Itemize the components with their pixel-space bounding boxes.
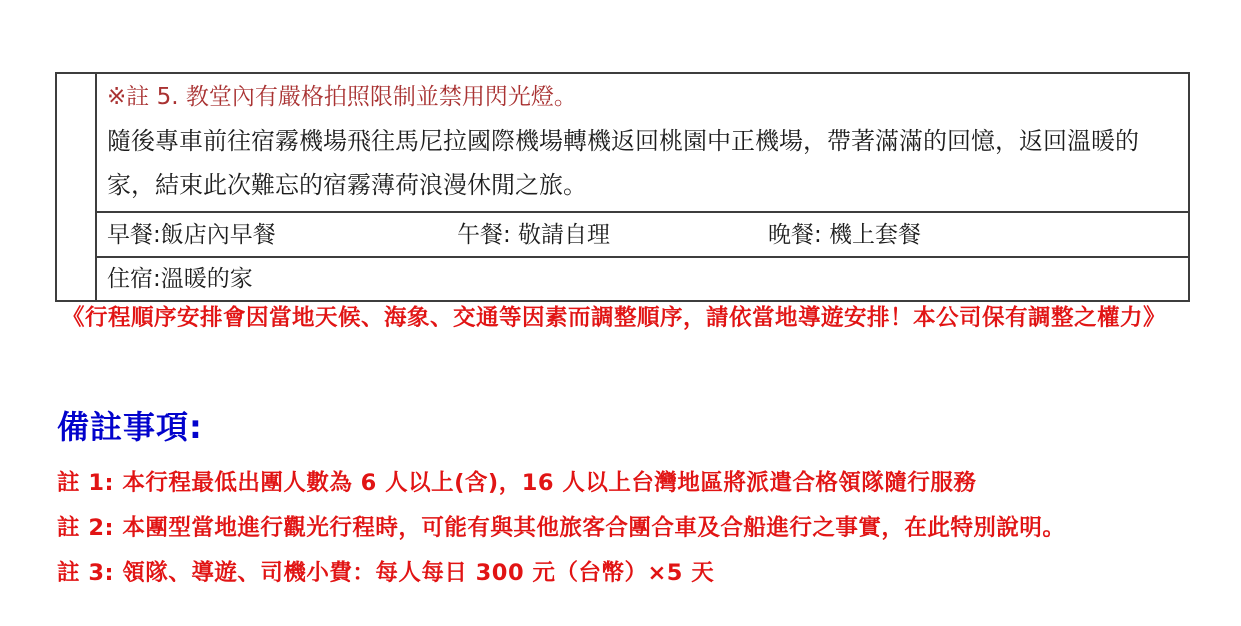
remark-item-1: 註 1: 本行程最低出團人數為 6 人以上(含)，16 人以上台灣地區將派遣合格… — [57, 461, 1207, 506]
accommodation-label: 住宿:溫暖的家 — [107, 266, 253, 292]
day-itinerary-description: 隨後專車前往宿霧機場飛往馬尼拉國際機場轉機返回桃園中正機場，帶著滿滿的回憶，返回… — [107, 119, 1152, 207]
day-description-cell: ※註 5. 教堂內有嚴格拍照限制並禁用閃光燈。 隨後專車前往宿霧機場飛往馬尼拉國… — [96, 73, 1189, 212]
meals-row: 早餐:飯店內早餐午餐: 敬請自理晚餐: 機上套餐 — [96, 212, 1189, 257]
itinerary-day-table: ※註 5. 教堂內有嚴格拍照限制並禁用閃光燈。 隨後專車前往宿霧機場飛往馬尼拉國… — [55, 72, 1190, 302]
remark-item-2: 註 2: 本團型當地進行觀光行程時，可能有與其他旅客合團合車及合船進行之事實，在… — [57, 506, 1207, 551]
day-column-cell — [56, 73, 96, 301]
itinerary-document-page: ※註 5. 教堂內有嚴格拍照限制並禁用閃光燈。 隨後專車前往宿霧機場飛往馬尼拉國… — [0, 0, 1241, 626]
remarks-list: 註 1: 本行程最低出團人數為 6 人以上(含)，16 人以上台灣地區將派遣合格… — [57, 461, 1207, 596]
remark-item-3: 註 3: 領隊、導遊、司機小費：每人每日 300 元（台幣）×5 天 — [57, 551, 1207, 596]
remarks-heading: 備註事項: — [57, 402, 203, 448]
breakfast-label: 早餐:飯店內早餐 — [107, 214, 457, 256]
accommodation-row: 住宿:溫暖的家 — [96, 257, 1189, 301]
dinner-label: 晚餐: 機上套餐 — [768, 214, 921, 256]
schedule-adjustment-notice: 《行程順序安排會因當地天候、海象、交通等因素而調整順序，請依當地導遊安排！本公司… — [62, 303, 1182, 333]
photo-restriction-note: ※註 5. 教堂內有嚴格拍照限制並禁用閃光燈。 — [107, 76, 1178, 119]
lunch-label: 午餐: 敬請自理 — [457, 214, 768, 256]
